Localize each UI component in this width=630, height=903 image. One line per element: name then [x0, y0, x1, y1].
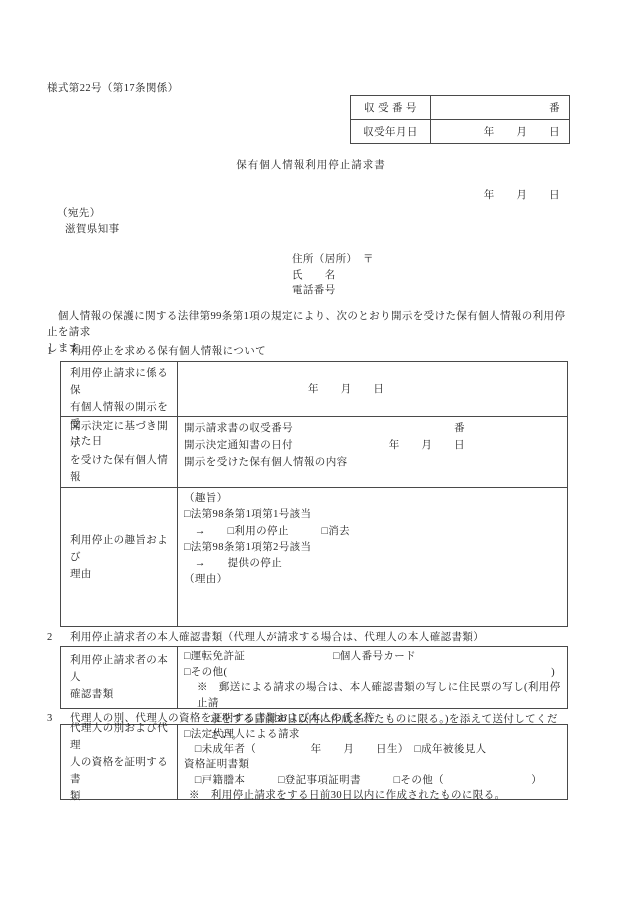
other-id-close-paren: ) [551, 665, 555, 681]
section2-heading: 2利用停止請求者の本人確認書類（代理人が請求する場合は、代理人の本人確認書類） [47, 629, 484, 644]
row-label: 利用停止請求者の本人 確認書類 [61, 647, 178, 708]
table-row-purpose-reason: 利用停止の趣旨および 理由 （趣旨） □法第98条第1項第1号該当 → □利用の… [61, 487, 567, 626]
request-date-line: 年 月 日 [350, 187, 560, 202]
checkbox-mynumber-card: □個人番号カード [333, 651, 416, 662]
row-label: 代理人の別および代理 人の資格を証明する書 類 [61, 725, 178, 799]
applicant-block: 住所（居所） 〒 氏 名 電話番号 [292, 252, 374, 299]
identity-documents-value: □運転免許証 □個人番号カード □その他( ) ※ 郵送による請求の場合は、本人… [178, 647, 567, 708]
reason-header: （理由） [184, 572, 561, 588]
checkbox-line-other-id: □その他( ) [184, 665, 555, 681]
purpose-reason-value: （趣旨） □法第98条第1項第1号該当 → □利用の停止 □消去 □法第98条第… [178, 488, 567, 626]
receipt-number-unit: 番 [431, 96, 569, 119]
applicant-name-label: 氏 名 [292, 268, 374, 284]
applicant-phone-label: 電話番号 [292, 283, 374, 299]
receipt-number-row: 収 受 番 号 番 [351, 96, 569, 119]
section1-table: 利用停止請求に係る保 有個人情報の開示を受 けた日 年 月 日 開示決定に基づき… [60, 361, 568, 627]
section2-number: 2 [47, 632, 70, 643]
checkbox-line-legal-agent: □法定代理人による請求 [184, 727, 561, 742]
stop-provision-line: → 提供の停止 [184, 556, 561, 572]
qualification-docs-header: 資格証明書類 [184, 757, 561, 772]
applicant-address-label: 住所（居所） 〒 [292, 252, 374, 268]
disclosed-info-value: 開示請求書の収受番号 番 開示決定通知書の日付 年 月 日 開示を受けた保有個人… [178, 417, 567, 487]
receipt-date-row: 収受年月日 年 月 日 [351, 119, 569, 143]
section1-heading: 1利用停止を求める保有個人情報について [47, 343, 266, 358]
intro-line-1: 個人情報の保護に関する法律第99条第1項の規定により、次のとおり開示を受けた保有… [47, 309, 575, 341]
form-number: 様式第22号（第17条関係） [47, 80, 179, 95]
checkbox-line-minor-or-ward: □未成年者（ 年 月 日生） □成年被後見人 [184, 742, 561, 757]
form-page: 様式第22号（第17条関係） 収 受 番 号 番 収受年月日 年 月 日 保有個… [0, 0, 630, 903]
receipt-stamp-table: 収 受 番 号 番 収受年月日 年 月 日 [350, 95, 570, 144]
section2-heading-text: 利用停止請求者の本人確認書類（代理人が請求する場合は、代理人の本人確認書類） [70, 632, 484, 643]
section2-table: 利用停止請求者の本人 確認書類 □運転免許証 □個人番号カード □その他( ) … [60, 646, 568, 709]
receipt-number-label: 収 受 番 号 [351, 96, 431, 119]
row-label: 利用停止請求に係る保 有個人情報の開示を受 けた日 [61, 362, 178, 416]
checkbox-line-id-types: □運転免許証 □個人番号カード [184, 649, 561, 665]
disclosure-notice-date-line: 開示決定通知書の日付 年 月 日 [184, 437, 465, 454]
agent-qualification-value: □法定代理人による請求 □未成年者（ 年 月 日生） □成年被後見人 資格証明書… [178, 725, 567, 799]
agent-docs-note: ※ 利用停止請求をする日前30日以内に作成されたものに限る。 [184, 788, 561, 803]
row-label: 開示決定に基づき開示 を受けた保有個人情報 [61, 417, 178, 487]
checkbox-line-qualification-docs: □戸籍謄本 □登記事項証明書 □その他（ ） [184, 773, 561, 788]
checkbox-other-id: □その他( [184, 665, 227, 681]
checkbox-line-article98-item1: □法第98条第1項第1号該当 [184, 507, 561, 523]
section3-number: 3 [47, 713, 70, 724]
disclosure-receipt-number-line: 開示請求書の収受番号 番 [184, 420, 465, 437]
checkbox-drivers-license: □運転免許証 [184, 649, 330, 665]
table-row-agent-qualification: 代理人の別および代理 人の資格を証明する書 類 □法定代理人による請求 □未成年… [61, 725, 567, 799]
disclosed-content-line: 開示を受けた保有個人情報の内容 [184, 454, 561, 471]
table-row-disclosure-date: 利用停止請求に係る保 有個人情報の開示を受 けた日 年 月 日 [61, 362, 567, 416]
checkbox-line-stop-use-or-erase: → □利用の停止 □消去 [184, 524, 561, 540]
table-row-disclosed-info: 開示決定に基づき開示 を受けた保有個人情報 開示請求書の収受番号 番 開示決定通… [61, 416, 567, 487]
purpose-header: （趣旨） [184, 491, 561, 507]
checkbox-line-article98-item2: □法第98条第1項第2号該当 [184, 540, 561, 556]
page-title: 保有個人情報利用停止請求書 [0, 157, 622, 172]
section1-heading-text: 利用停止を求める保有個人情報について [70, 346, 266, 357]
section3-table: 代理人の別および代理 人の資格を証明する書 類 □法定代理人による請求 □未成年… [60, 724, 568, 800]
receipt-date-value: 年 月 日 [431, 120, 569, 143]
table-row-identity-documents: 利用停止請求者の本人 確認書類 □運転免許証 □個人番号カード □その他( ) … [61, 647, 567, 708]
receipt-date-label: 収受年月日 [351, 120, 431, 143]
addressee-name: 滋賀県知事 [65, 221, 120, 236]
addressee-label: （宛先） [57, 205, 101, 220]
row-label: 利用停止の趣旨および 理由 [61, 488, 178, 626]
section1-number: 1 [47, 346, 70, 357]
disclosure-date-value: 年 月 日 [178, 362, 567, 416]
mail-request-note-line1: ※ 郵送による請求の場合は、本人確認書類の写しに住民票の写し(利用停止請 [184, 680, 561, 711]
